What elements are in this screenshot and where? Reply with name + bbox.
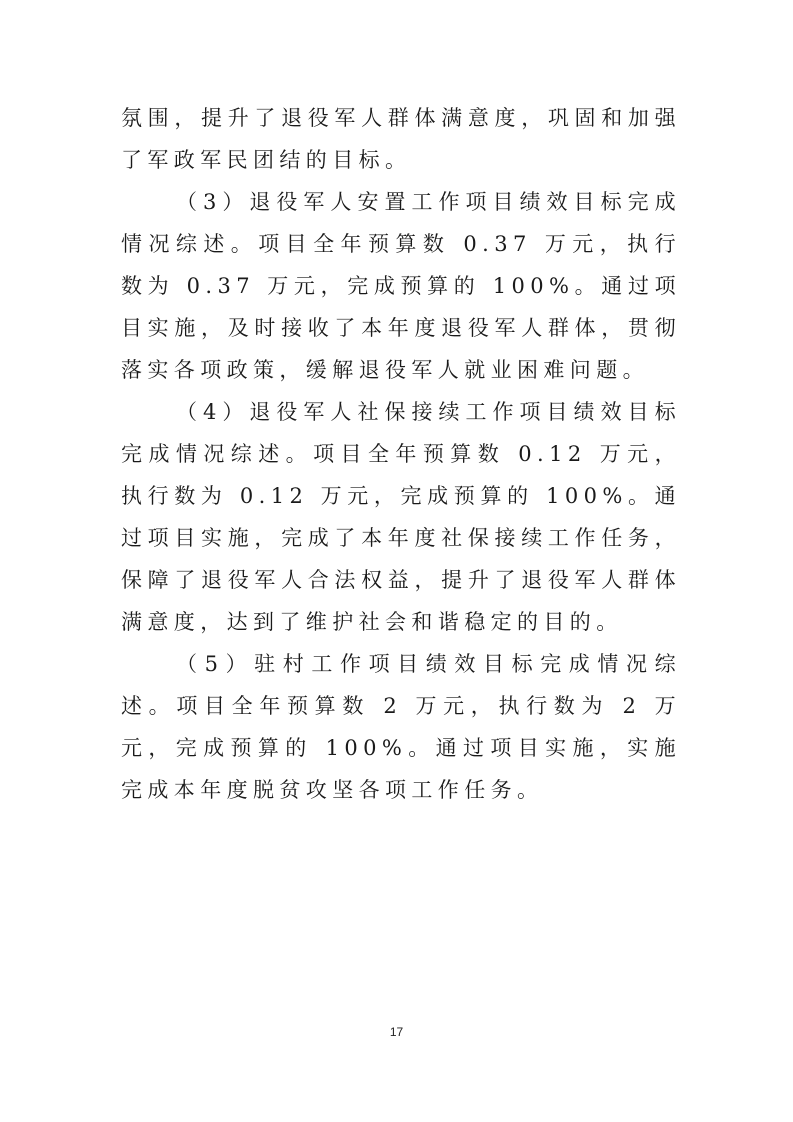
paragraph-item-4: （4）退役军人社保接续工作项目绩效目标完成情况综述。项目全年预算数 0.12 万… — [121, 391, 681, 643]
paragraph-continuation: 氛围，提升了退役军人群体满意度，巩固和加强了军政军民团结的目标。 — [121, 97, 681, 181]
page-number: 17 — [0, 1025, 793, 1039]
document-page: 氛围，提升了退役军人群体满意度，巩固和加强了军政军民团结的目标。 （3）退役军人… — [0, 0, 793, 1122]
paragraph-item-3: （3）退役军人安置工作项目绩效目标完成情况综述。项目全年预算数 0.37 万元，… — [121, 181, 681, 391]
body-text: 氛围，提升了退役军人群体满意度，巩固和加强了军政军民团结的目标。 （3）退役军人… — [121, 97, 681, 811]
paragraph-item-5: （5）驻村工作项目绩效目标完成情况综述。项目全年预算数 2 万元，执行数为 2 … — [121, 643, 681, 811]
